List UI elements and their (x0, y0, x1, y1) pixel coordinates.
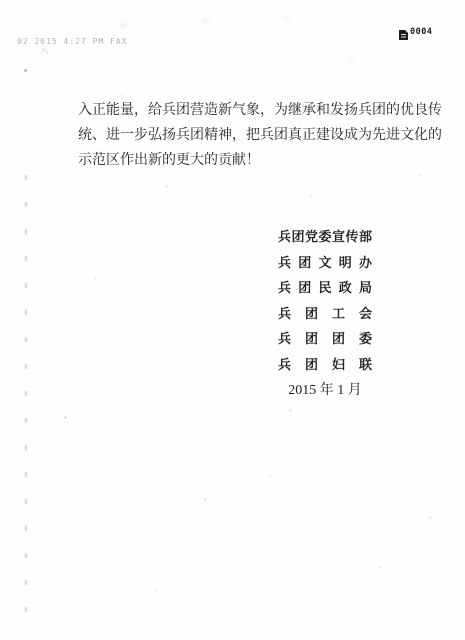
scan-noise-dashed-line (25, 175, 27, 633)
body-paragraph: 入正能量，给兵团营造新气象，为继承和发扬兵团的优良传 统、进一步弘扬兵团精神，把… (78, 98, 450, 173)
signature-block: 兵团党委宣传部 兵团文明办 兵团民政局 兵团工会 兵团团委 兵团妇联 2015 … (278, 230, 372, 398)
signatory-line: 兵团妇联 (278, 358, 372, 371)
fax-transmission-header: 02 2015 4:27 PM FAX (17, 37, 128, 46)
signatory-line: 兵团文明办 (278, 256, 372, 269)
signatory-line: 兵团团委 (278, 332, 372, 345)
date-line: 2015 年 1 月 (278, 383, 372, 398)
paragraph-line: 入正能量，给兵团营造新气象，为继承和发扬兵团的优良传 (78, 98, 450, 123)
paragraph-line: 统、进一步弘扬兵团精神，把兵团真正建设成为先进文化的 (78, 123, 450, 148)
scanned-fax-page: 02 2015 4:27 PM FAX 0004 入正能量，给兵团营造新气象，为… (0, 0, 465, 640)
scan-noise-smudges (0, 0, 2, 2)
page-number: 0004 (410, 27, 432, 37)
page-stamp: 0004 (399, 27, 432, 37)
signatory-line: 兵团党委宣传部 (278, 230, 372, 243)
paragraph-line: 示范区作出新的更大的贡献！ (78, 148, 450, 173)
document-icon (399, 27, 408, 37)
signatory-line: 兵团民政局 (278, 281, 372, 294)
signatory-line: 兵团工会 (278, 307, 372, 320)
